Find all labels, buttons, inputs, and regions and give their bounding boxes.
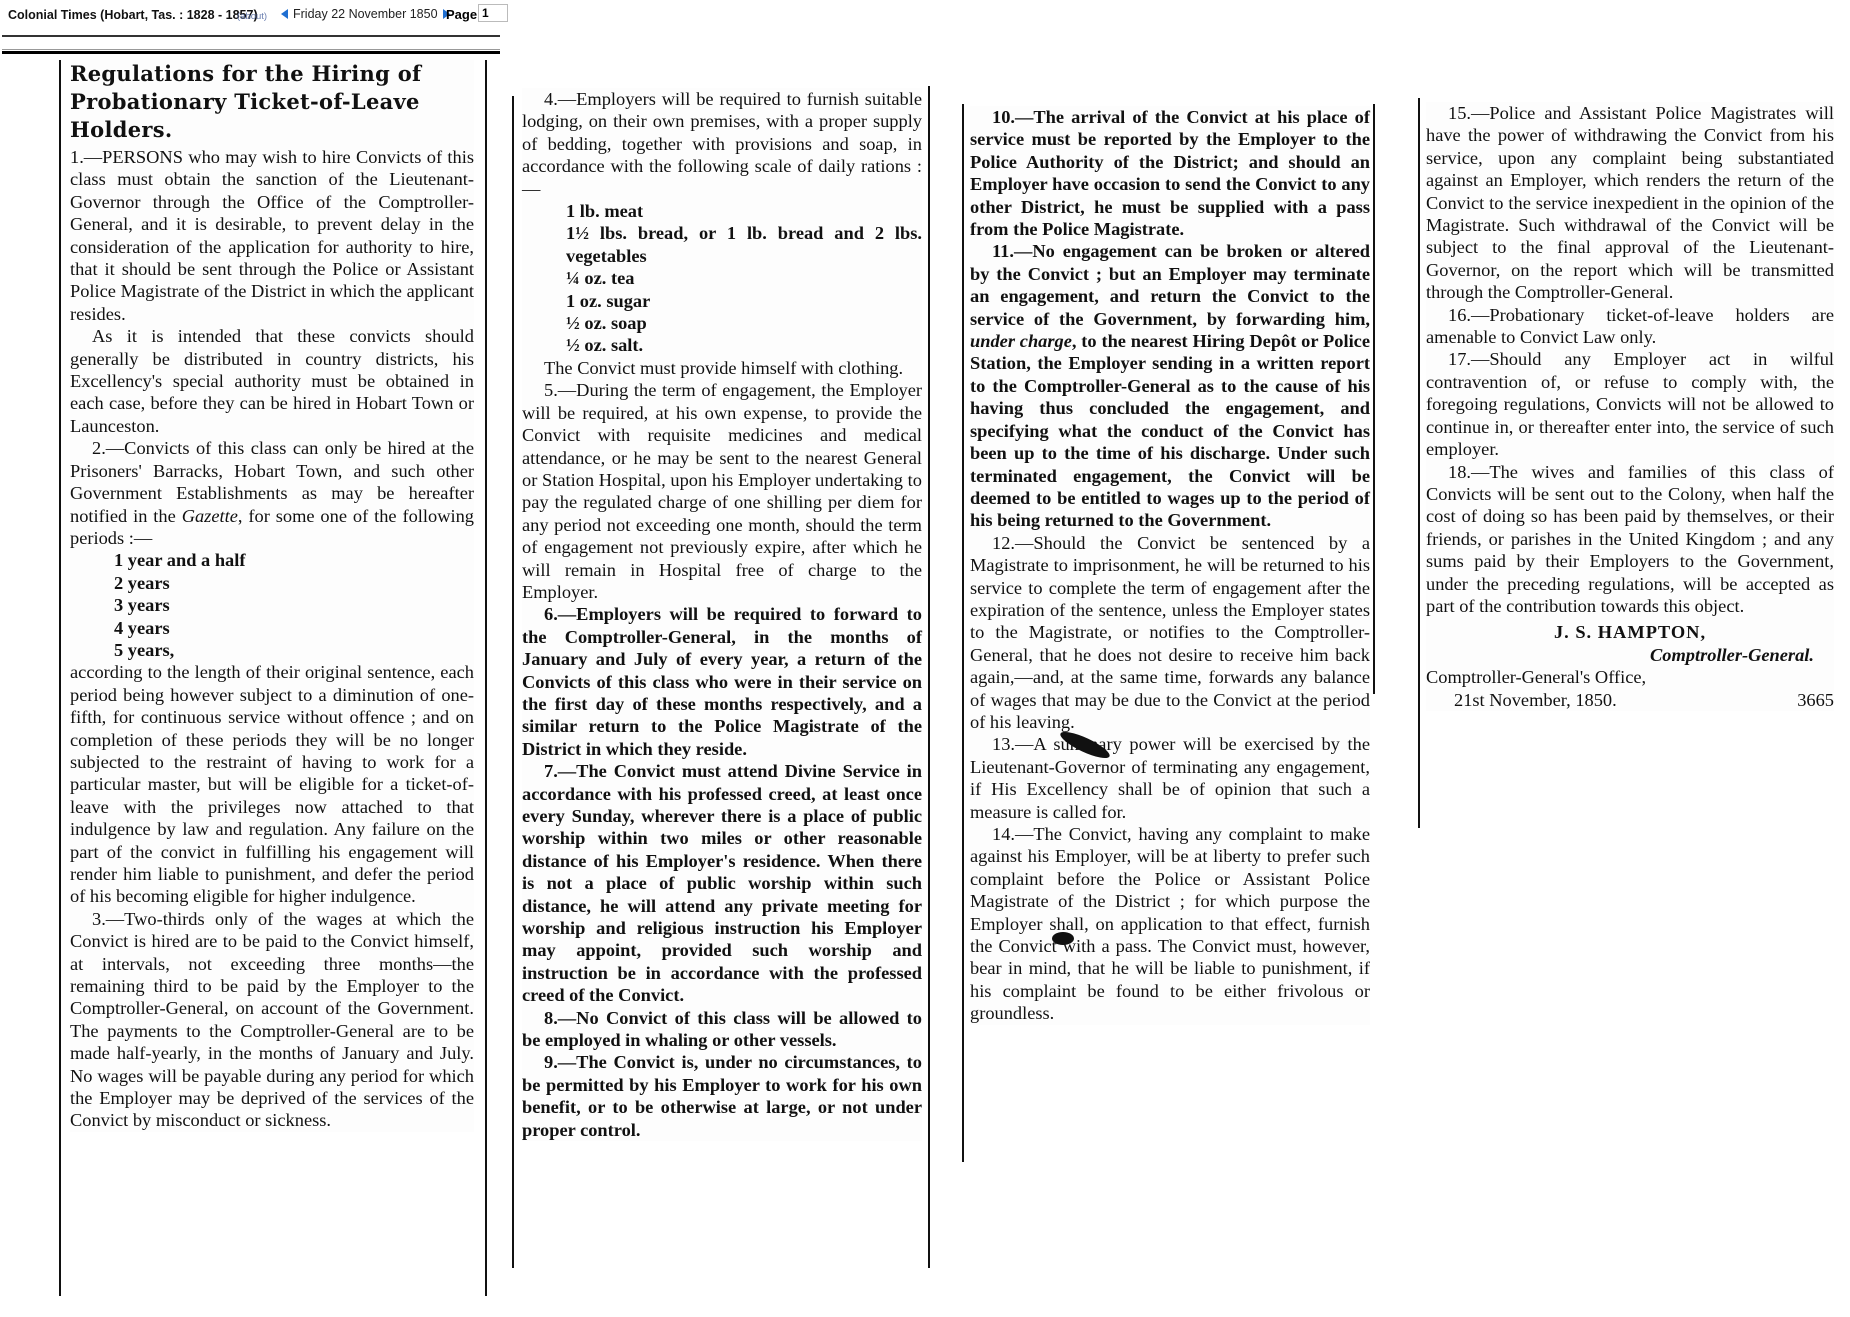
list-item: 3 years xyxy=(114,594,474,616)
list-item: 1 lb. meat xyxy=(566,200,922,222)
about-link[interactable]: (about) xyxy=(237,11,267,22)
regulation-17: 17.—Should any Employer act in wilful co… xyxy=(1426,348,1834,460)
regulation-2: 2.—Convicts of this class can only be hi… xyxy=(70,437,474,549)
trove-header: Colonial Times (Hobart, Tas. : 1828 - 18… xyxy=(0,0,1850,40)
ink-blot xyxy=(1052,932,1074,945)
regulation-10: 10.—The arrival of the Convict at his pl… xyxy=(970,106,1370,240)
regulation-5: 5.—During the term of engagement, the Em… xyxy=(522,379,922,603)
dateline: 21st November, 1850. 3665 xyxy=(1426,689,1834,711)
regulation-15: 15.—Police and Assistant Police Magistra… xyxy=(1426,102,1834,304)
publication-title[interactable]: Colonial Times (Hobart, Tas. : 1828 - 18… xyxy=(8,8,258,22)
list-item: ½ oz. salt. xyxy=(566,334,922,356)
list-item: 1½ lbs. bread, or 1 lb. bread and 2 lbs.… xyxy=(566,222,922,267)
signatory-title: Comptroller-General. xyxy=(1426,644,1834,666)
regulation-3: 3.—Two-thirds only of the wages at which… xyxy=(70,908,474,1132)
regulation-4-clothing: The Convict must provide himself with cl… xyxy=(522,357,922,379)
list-item: 5 years, xyxy=(114,639,474,661)
column-rule xyxy=(59,60,61,1296)
article-headline: Regulations for the Hiring of Probationa… xyxy=(70,60,474,144)
issue-date-nav: Friday 22 November 1850 xyxy=(281,7,450,21)
column-rule xyxy=(928,86,930,1268)
page-number-input[interactable] xyxy=(478,4,508,22)
regulation-16: 16.—Probationary ticket-of-leave holders… xyxy=(1426,304,1834,349)
signatory-name: J. S. HAMPTON, xyxy=(1426,621,1834,643)
office-date: 21st November, 1850. xyxy=(1426,689,1617,711)
column-rule xyxy=(1373,104,1375,694)
list-item: 4 years xyxy=(114,617,474,639)
advertisement-number: 3665 xyxy=(1797,689,1834,711)
regulation-13: 13.—A summary power will be exercised by… xyxy=(970,733,1370,823)
list-item: 1 oz. sugar xyxy=(566,290,922,312)
column-rule xyxy=(1418,98,1420,828)
header-divider xyxy=(2,35,500,37)
list-item: ¼ oz. tea xyxy=(566,267,922,289)
column-rule xyxy=(512,96,514,1268)
article-column-2: 4.—Employers will be required to furnish… xyxy=(522,88,922,1141)
gazette-italic: Gazette xyxy=(182,506,238,526)
regulation-2-continued: according to the length of their origina… xyxy=(70,661,474,907)
regulation-1-continued: As it is intended that these convicts sh… xyxy=(70,325,474,437)
triangle-left-icon[interactable] xyxy=(281,9,288,19)
under-charge-italic: under charge xyxy=(970,331,1072,351)
newspaper-scan-top-edge xyxy=(2,49,500,54)
regulation-8: 8.—No Convict of this class will be allo… xyxy=(522,1007,922,1052)
regulation-12: 12.—Should the Convict be sentenced by a… xyxy=(970,532,1370,734)
column-rule xyxy=(485,60,487,1296)
page-label: Page xyxy=(446,7,477,22)
regulation-9: 9.—The Convict is, under no circumstance… xyxy=(522,1051,922,1141)
regulation-18: 18.—The wives and families of this class… xyxy=(1426,461,1834,618)
regulation-7: 7.—The Convict must attend Divine Servic… xyxy=(522,760,922,1006)
article-column-3: 10.—The arrival of the Convict at his pl… xyxy=(970,106,1370,1025)
list-item: 2 years xyxy=(114,572,474,594)
regulation-14: 14.—The Convict, having any complaint to… xyxy=(970,823,1370,1025)
hiring-periods-list: 1 year and a half 2 years 3 years 4 year… xyxy=(114,549,474,661)
regulation-4: 4.—Employers will be required to furnish… xyxy=(522,88,922,200)
regulation-1: 1.—PERSONS who may wish to hire Convicts… xyxy=(70,146,474,325)
list-item: ½ oz. soap xyxy=(566,312,922,334)
list-item: 1 year and a half xyxy=(114,549,474,571)
regulation-6: 6.—Employers will be required to forward… xyxy=(522,603,922,760)
regulation-11: 11.—No engagement can be broken or alter… xyxy=(970,240,1370,531)
article-column-1: Regulations for the Hiring of Probationa… xyxy=(70,60,474,1132)
column-rule xyxy=(962,104,964,1162)
rations-list: 1 lb. meat 1½ lbs. bread, or 1 lb. bread… xyxy=(566,200,922,357)
office-line: Comptroller-General's Office, xyxy=(1426,666,1834,688)
article-column-4: 15.—Police and Assistant Police Magistra… xyxy=(1426,102,1834,711)
issue-date[interactable]: Friday 22 November 1850 xyxy=(293,7,438,21)
